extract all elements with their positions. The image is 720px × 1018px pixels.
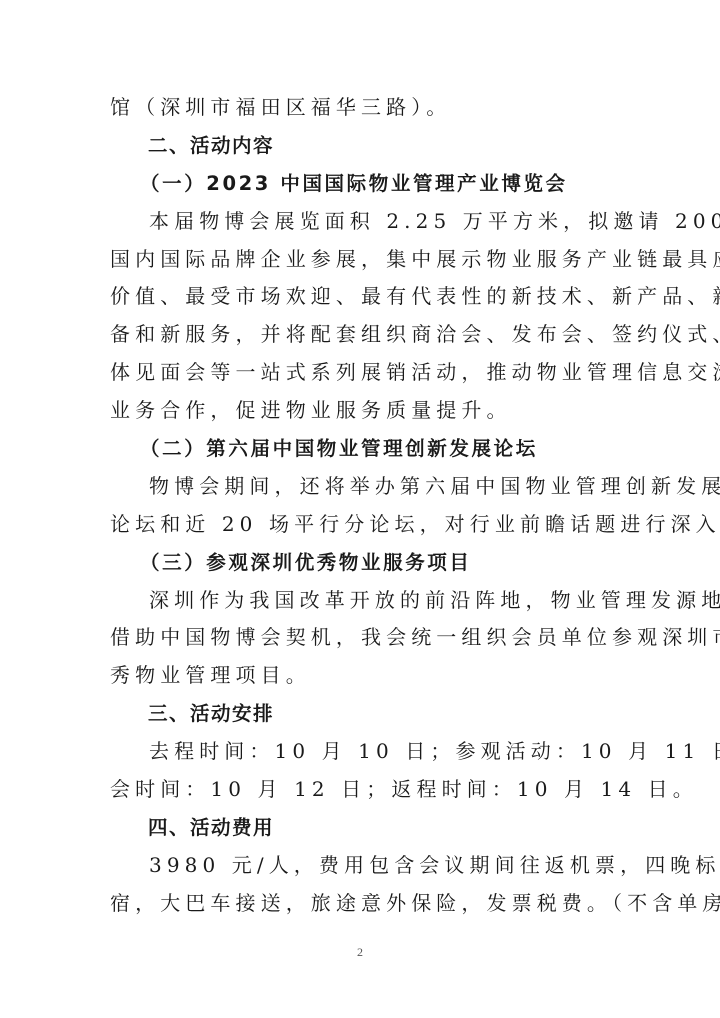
paragraph-line: 业务合作，促进物业服务质量提升。 xyxy=(110,392,612,430)
paragraph-line: 价值、最受市场欢迎、最有代表性的新技术、新产品、新设 xyxy=(110,278,612,316)
section-heading-fees: 四、活动费用 xyxy=(110,809,612,847)
document-page: 馆（深圳市福田区福华三路）。 二、活动内容 （一）2023 中国国际物业管理产业… xyxy=(0,0,720,1018)
paragraph-line: 体见面会等一站式系列展销活动，推动物业管理信息交流和 xyxy=(110,354,612,392)
paragraph-line: 3980 元/人，费用包含会议期间往返机票，四晚标准住 xyxy=(110,847,612,885)
paragraph-line: 本届物博会展览面积 2.25 万平方米，拟邀请 200 余家 xyxy=(110,203,612,241)
paragraph-line: 国内国际品牌企业参展，集中展示物业服务产业链最具应用 xyxy=(110,241,612,279)
paragraph-line: 馆（深圳市福田区福华三路）。 xyxy=(110,89,612,127)
paragraph-line: 秀物业管理项目。 xyxy=(110,657,612,695)
document-body: 馆（深圳市福田区福华三路）。 二、活动内容 （一）2023 中国国际物业管理产业… xyxy=(110,89,612,923)
subsection-heading-forum: （二）第六届中国物业管理创新发展论坛 xyxy=(110,430,612,468)
page-number: 2 xyxy=(0,945,720,960)
paragraph-line: 物博会期间，还将举办第六届中国物业管理创新发展主 xyxy=(110,468,612,506)
section-heading-activity-content: 二、活动内容 xyxy=(110,127,612,165)
paragraph-line: 论坛和近 20 场平行分论坛，对行业前瞻话题进行深入研讨。 xyxy=(110,506,612,544)
paragraph-line: 备和新服务，并将配套组织商洽会、发布会、签约仪式、媒 xyxy=(110,316,612,354)
paragraph-line: 借助中国物博会契机，我会统一组织会员单位参观深圳市优 xyxy=(110,619,612,657)
section-heading-schedule: 三、活动安排 xyxy=(110,695,612,733)
paragraph-line: 深圳作为我国改革开放的前沿阵地，物业管理发源地， xyxy=(110,582,612,620)
subsection-heading-expo: （一）2023 中国国际物业管理产业博览会 xyxy=(110,165,612,203)
subsection-heading-visit: （三）参观深圳优秀物业服务项目 xyxy=(110,544,612,582)
paragraph-line: 去程时间：10 月 10 日；参观活动：10 月 11 日；博览 xyxy=(110,733,612,771)
paragraph-line: 宿，大巴车接送，旅途意外保险，发票税费。（不含单房差、 xyxy=(110,885,612,923)
paragraph-line: 会时间：10 月 12 日；返程时间：10 月 14 日。 xyxy=(110,771,612,809)
